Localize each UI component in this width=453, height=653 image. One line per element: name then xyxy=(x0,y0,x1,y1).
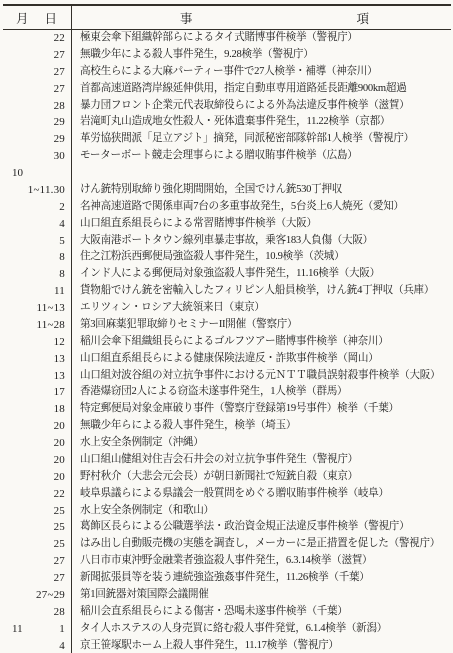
day-cell: 11~28 xyxy=(27,317,71,334)
month-cell xyxy=(3,233,27,250)
item-cell: 無職少年らによる殺人事件発生，検挙（埼玉） xyxy=(71,418,451,435)
month-cell xyxy=(3,81,27,98)
table-header-row: 月 日 事 項 xyxy=(3,6,451,30)
month-cell xyxy=(3,418,27,435)
item-cell: 水上安全条例制定（和歌山） xyxy=(71,503,451,520)
table-row: 25 水上安全条例制定（和歌山） xyxy=(3,503,451,520)
month-cell xyxy=(3,503,27,520)
table-row: 5 大阪南港ポートタウン線列車暴走事故，乗客183人負傷（大阪） xyxy=(3,233,451,250)
table-row: 18 特定郵便局対象金庫破り事件（警察庁登録第19号事件）検挙（千葉） xyxy=(3,401,451,418)
item-cell: 特定郵便局対象金庫破り事件（警察庁登録第19号事件）検挙（千葉） xyxy=(71,401,451,418)
table-row: 27~29 第1回銃器対策国際会議開催 xyxy=(3,587,451,604)
table-row: 11 貨物船でけん銃を密輸入したフィリピン人船員検挙，けん銃4丁押収（兵庫） xyxy=(3,283,451,300)
item-cell: 住之江粉浜西郵便局強盗殺人事件発生，10.9検挙（茨城） xyxy=(71,249,451,266)
table-row: 4 京王笹塚駅ホーム上殺人事件発生，11.17検挙（警視庁） xyxy=(3,638,451,653)
month-cell xyxy=(3,638,27,653)
month-cell xyxy=(3,401,27,418)
table-row: 20 水上安全条例制定（沖縄） xyxy=(3,435,451,452)
month-cell xyxy=(3,47,27,64)
month-cell xyxy=(3,216,27,233)
month-cell xyxy=(3,519,27,536)
day-cell: 22 xyxy=(27,30,71,47)
month-cell xyxy=(3,604,27,621)
table-row: 30 モーターボート競走会理事らによる贈収賄事件検挙（広島） xyxy=(3,148,451,165)
item-cell: 暴力団フロント企業元代表取締役らによる外為法違反事件検挙（滋賀） xyxy=(71,98,451,115)
month-cell xyxy=(3,300,27,317)
item-cell xyxy=(71,165,451,182)
day-cell: 11 xyxy=(27,283,71,300)
day-cell: 27 xyxy=(27,64,71,81)
day-cell: 8 xyxy=(27,249,71,266)
day-cell: 8 xyxy=(27,266,71,283)
document-page: 月 日 事 項 22 極東会傘下組織幹部らによるタイ式賭博事件検挙（警視庁） 2… xyxy=(0,0,453,653)
item-cell: 山口組対波谷組の対立抗争事件における元ＮＴＴ職員誤射殺事件検挙（大阪） xyxy=(71,368,451,385)
table-row: 29 革労協狭間派「足立アジト」摘発，同派秘密部隊幹部1人検挙（警視庁） xyxy=(3,131,451,148)
table-row: 12 稲川会傘下組織組長らによるゴルフツアー賭博事件検挙（神奈川） xyxy=(3,334,451,351)
item-cell: 極東会傘下組織幹部らによるタイ式賭博事件検挙（警視庁） xyxy=(71,30,451,47)
item-cell: タイ人ホステスの人身売買に絡む殺人事件発覚，6.1.4検挙（新潟） xyxy=(71,621,451,638)
item-cell: 京王笹塚駅ホーム上殺人事件発生，11.17検挙（警視庁） xyxy=(71,638,451,653)
day-cell xyxy=(27,165,71,182)
table-row: 20 野村秋介（大悲会元会長）が朝日新聞社で短銃自殺（東京） xyxy=(3,469,451,486)
item-cell: 無職少年による殺人事件発生，9.28検挙（警視庁） xyxy=(71,47,451,64)
item-cell: 水上安全条例制定（沖縄） xyxy=(71,435,451,452)
item-cell: 岐阜県議らによる県議会一般質問をめぐる贈収賄事件検挙（岐阜） xyxy=(71,486,451,503)
item-cell: 首都高速道路湾岸線延伸供用，指定自動車専用道路延長距離900km超過 xyxy=(71,81,451,98)
item-cell: 山口組山健組対住吉会石井会の対立抗争事件発生（警視庁） xyxy=(71,452,451,469)
table-row: 27 新聞拡張員等を装う連続強盗強姦事件発生，11.26検挙（千葉） xyxy=(3,570,451,587)
item-cell: 革労協狭間派「足立アジト」摘発，同派秘密部隊幹部1人検挙（警視庁） xyxy=(71,131,451,148)
day-cell: 28 xyxy=(27,604,71,621)
day-cell: 11~13 xyxy=(27,300,71,317)
day-cell: 13 xyxy=(27,351,71,368)
table-row: 25 葛飾区長らによる公職選挙法・政治資金規正法違反事件検挙（警視庁） xyxy=(3,519,451,536)
table-row: 25 はみ出し自動販売機の実態を調査し，メーカーに是正措置を促した（警視庁） xyxy=(3,536,451,553)
item-cell: 第3回麻薬犯罪取締りセミナーII開催（警察庁） xyxy=(71,317,451,334)
day-cell: 18 xyxy=(27,401,71,418)
table-row: 2 名神高速道路で関係車両7台の多重事故発生，5台炎上6人焼死（愛知） xyxy=(3,199,451,216)
day-cell: 30 xyxy=(27,148,71,165)
month-cell xyxy=(3,131,27,148)
item-cell: モーターボート競走会理事らによる贈収賄事件検挙（広島） xyxy=(71,148,451,165)
month-cell xyxy=(3,469,27,486)
day-cell: 27~29 xyxy=(27,587,71,604)
item-cell: 岩滝町丸山造成地女性殺人・死体遺棄事件発生，11.22検挙（京都） xyxy=(71,114,451,131)
item-cell: インド人による郵便局対象強盗殺人事件発生，11.16検挙（大阪） xyxy=(71,266,451,283)
table-row: 20 無職少年らによる殺人事件発生，検挙（埼玉） xyxy=(3,418,451,435)
day-cell: 20 xyxy=(27,418,71,435)
month-cell xyxy=(3,249,27,266)
table-row: 11~13 エリツィン・ロシア大統領来日（東京） xyxy=(3,300,451,317)
day-header-label: 日 xyxy=(45,9,59,27)
table-row: 28 暴力団フロント企業元代表取締役らによる外為法違反事件検挙（滋賀） xyxy=(3,98,451,115)
month-cell xyxy=(3,435,27,452)
month-cell: 10 xyxy=(3,165,27,182)
table-row: 27 無職少年による殺人事件発生，9.28検挙（警視庁） xyxy=(3,47,451,64)
day-cell: 27 xyxy=(27,553,71,570)
day-cell: 27 xyxy=(27,570,71,587)
day-cell: 5 xyxy=(27,233,71,250)
item-cell: 葛飾区長らによる公職選挙法・政治資金規正法違反事件検挙（警視庁） xyxy=(71,519,451,536)
month-cell xyxy=(3,266,27,283)
month-cell xyxy=(3,317,27,334)
month-cell xyxy=(3,486,27,503)
item-cell: けん銃特別取締り強化期間開始，全国でけん銃530丁押収 xyxy=(71,182,451,199)
table-row: 4 山口組直系組長らによる常習賭博事件検挙（大阪） xyxy=(3,216,451,233)
month-cell xyxy=(3,334,27,351)
table-row: 28 稲川会直系組長らによる傷害・恐喝未遂事件検挙（千葉） xyxy=(3,604,451,621)
month-cell xyxy=(3,98,27,115)
table-row: 10 xyxy=(3,165,451,182)
month-cell xyxy=(3,30,27,47)
item-cell: 新聞拡張員等を装う連続強盗強姦事件発生，11.26検挙（千葉） xyxy=(71,570,451,587)
month-cell xyxy=(3,283,27,300)
month-cell xyxy=(3,64,27,81)
month-cell xyxy=(3,182,27,199)
item-cell: 山口組直系組長らによる健康保険法違反・詐欺事件検挙（岡山） xyxy=(71,351,451,368)
item-cell: 野村秋介（大悲会元会長）が朝日新聞社で短銃自殺（東京） xyxy=(71,469,451,486)
day-cell: 12 xyxy=(27,334,71,351)
table-row: 27 首都高速道路湾岸線延伸供用，指定自動車専用道路延長距離900km超過 xyxy=(3,81,451,98)
month-cell xyxy=(3,199,27,216)
month-cell: 11 xyxy=(3,621,27,638)
table-body: 22 極東会傘下組織幹部らによるタイ式賭博事件検挙（警視庁） 27 無職少年によ… xyxy=(3,30,451,653)
day-cell: 25 xyxy=(27,503,71,520)
item-header-label-first: 事 xyxy=(180,9,193,27)
day-cell: 2 xyxy=(27,199,71,216)
day-cell: 20 xyxy=(27,452,71,469)
day-cell: 17 xyxy=(27,384,71,401)
day-cell: 4 xyxy=(27,638,71,653)
month-cell xyxy=(3,570,27,587)
day-cell: 29 xyxy=(27,131,71,148)
item-cell: 稲川会直系組長らによる傷害・恐喝未遂事件検挙（千葉） xyxy=(71,604,451,621)
incident-table: 月 日 事 項 22 極東会傘下組織幹部らによるタイ式賭博事件検挙（警視庁） 2… xyxy=(3,4,451,653)
item-cell: 稲川会傘下組織組長らによるゴルフツアー賭博事件検挙（神奈川） xyxy=(71,334,451,351)
month-cell xyxy=(3,114,27,131)
table-row: 29 岩滝町丸山造成地女性殺人・死体遺棄事件発生，11.22検挙（京都） xyxy=(3,114,451,131)
table-row: 1~11.30 けん銃特別取締り強化期間開始，全国でけん銃530丁押収 xyxy=(3,182,451,199)
day-cell: 28 xyxy=(27,98,71,115)
item-cell: 高校生らによる大麻パーティー事件で27人検挙・補導（神奈川） xyxy=(71,64,451,81)
table-row: 27 高校生らによる大麻パーティー事件で27人検挙・補導（神奈川） xyxy=(3,64,451,81)
table-row: 8 インド人による郵便局対象強盗殺人事件発生，11.16検挙（大阪） xyxy=(3,266,451,283)
month-cell xyxy=(3,587,27,604)
month-cell xyxy=(3,553,27,570)
item-cell: 大阪南港ポートタウン線列車暴走事故，乗客183人負傷（大阪） xyxy=(71,233,451,250)
day-cell: 4 xyxy=(27,216,71,233)
item-cell: はみ出し自動販売機の実態を調査し，メーカーに是正措置を促した（警視庁） xyxy=(71,536,451,553)
item-header-label-second: 項 xyxy=(356,9,369,27)
table-row: 13 山口組対波谷組の対立抗争事件における元ＮＴＴ職員誤射殺事件検挙（大阪） xyxy=(3,368,451,385)
table-row: 11 1 タイ人ホステスの人身売買に絡む殺人事件発覚，6.1.4検挙（新潟） xyxy=(3,621,451,638)
table-row: 20 山口組山健組対住吉会石井会の対立抗争事件発生（警視庁） xyxy=(3,452,451,469)
item-header: 事 項 xyxy=(71,6,451,29)
day-cell: 13 xyxy=(27,368,71,385)
month-cell xyxy=(3,148,27,165)
item-cell: 貨物船でけん銃を密輸入したフィリピン人船員検挙，けん銃4丁押収（兵庫） xyxy=(71,283,451,300)
day-cell: 29 xyxy=(27,114,71,131)
item-cell: 山口組直系組長らによる常習賭博事件検挙（大阪） xyxy=(71,216,451,233)
table-row: 11~28 第3回麻薬犯罪取締りセミナーII開催（警察庁） xyxy=(3,317,451,334)
month-header-label: 月 xyxy=(16,9,30,27)
month-cell xyxy=(3,452,27,469)
day-cell: 25 xyxy=(27,536,71,553)
table-row: 13 山口組直系組長らによる健康保険法違反・詐欺事件検挙（岡山） xyxy=(3,351,451,368)
day-cell: 1 xyxy=(27,621,71,638)
month-cell xyxy=(3,368,27,385)
day-cell: 20 xyxy=(27,435,71,452)
month-cell xyxy=(3,536,27,553)
day-cell: 25 xyxy=(27,519,71,536)
item-cell: 八日市市東沖野金融業者強盗殺人事件発生，6.3.14検挙（滋賀） xyxy=(71,553,451,570)
day-cell: 22 xyxy=(27,486,71,503)
table-row: 17 香港爆窃団2人による窃盗未遂事件発生，1人検挙（群馬） xyxy=(3,384,451,401)
month-cell xyxy=(3,384,27,401)
item-cell: 香港爆窃団2人による窃盗未遂事件発生，1人検挙（群馬） xyxy=(71,384,451,401)
day-cell: 1~11.30 xyxy=(27,182,71,199)
day-cell: 27 xyxy=(27,47,71,64)
table-row: 22 極東会傘下組織幹部らによるタイ式賭博事件検挙（警視庁） xyxy=(3,30,451,47)
table-row: 27 八日市市東沖野金融業者強盗殺人事件発生，6.3.14検挙（滋賀） xyxy=(3,553,451,570)
day-cell: 27 xyxy=(27,81,71,98)
item-cell: エリツィン・ロシア大統領来日（東京） xyxy=(71,300,451,317)
month-cell xyxy=(3,351,27,368)
item-cell: 名神高速道路で関係車両7台の多重事故発生，5台炎上6人焼死（愛知） xyxy=(71,199,451,216)
item-cell: 第1回銃器対策国際会議開催 xyxy=(71,587,451,604)
day-cell: 20 xyxy=(27,469,71,486)
table-row: 8 住之江粉浜西郵便局強盗殺人事件発生，10.9検挙（茨城） xyxy=(3,249,451,266)
table-row: 22 岐阜県議らによる県議会一般質問をめぐる贈収賄事件検挙（岐阜） xyxy=(3,486,451,503)
month-day-header: 月 日 xyxy=(3,6,71,29)
